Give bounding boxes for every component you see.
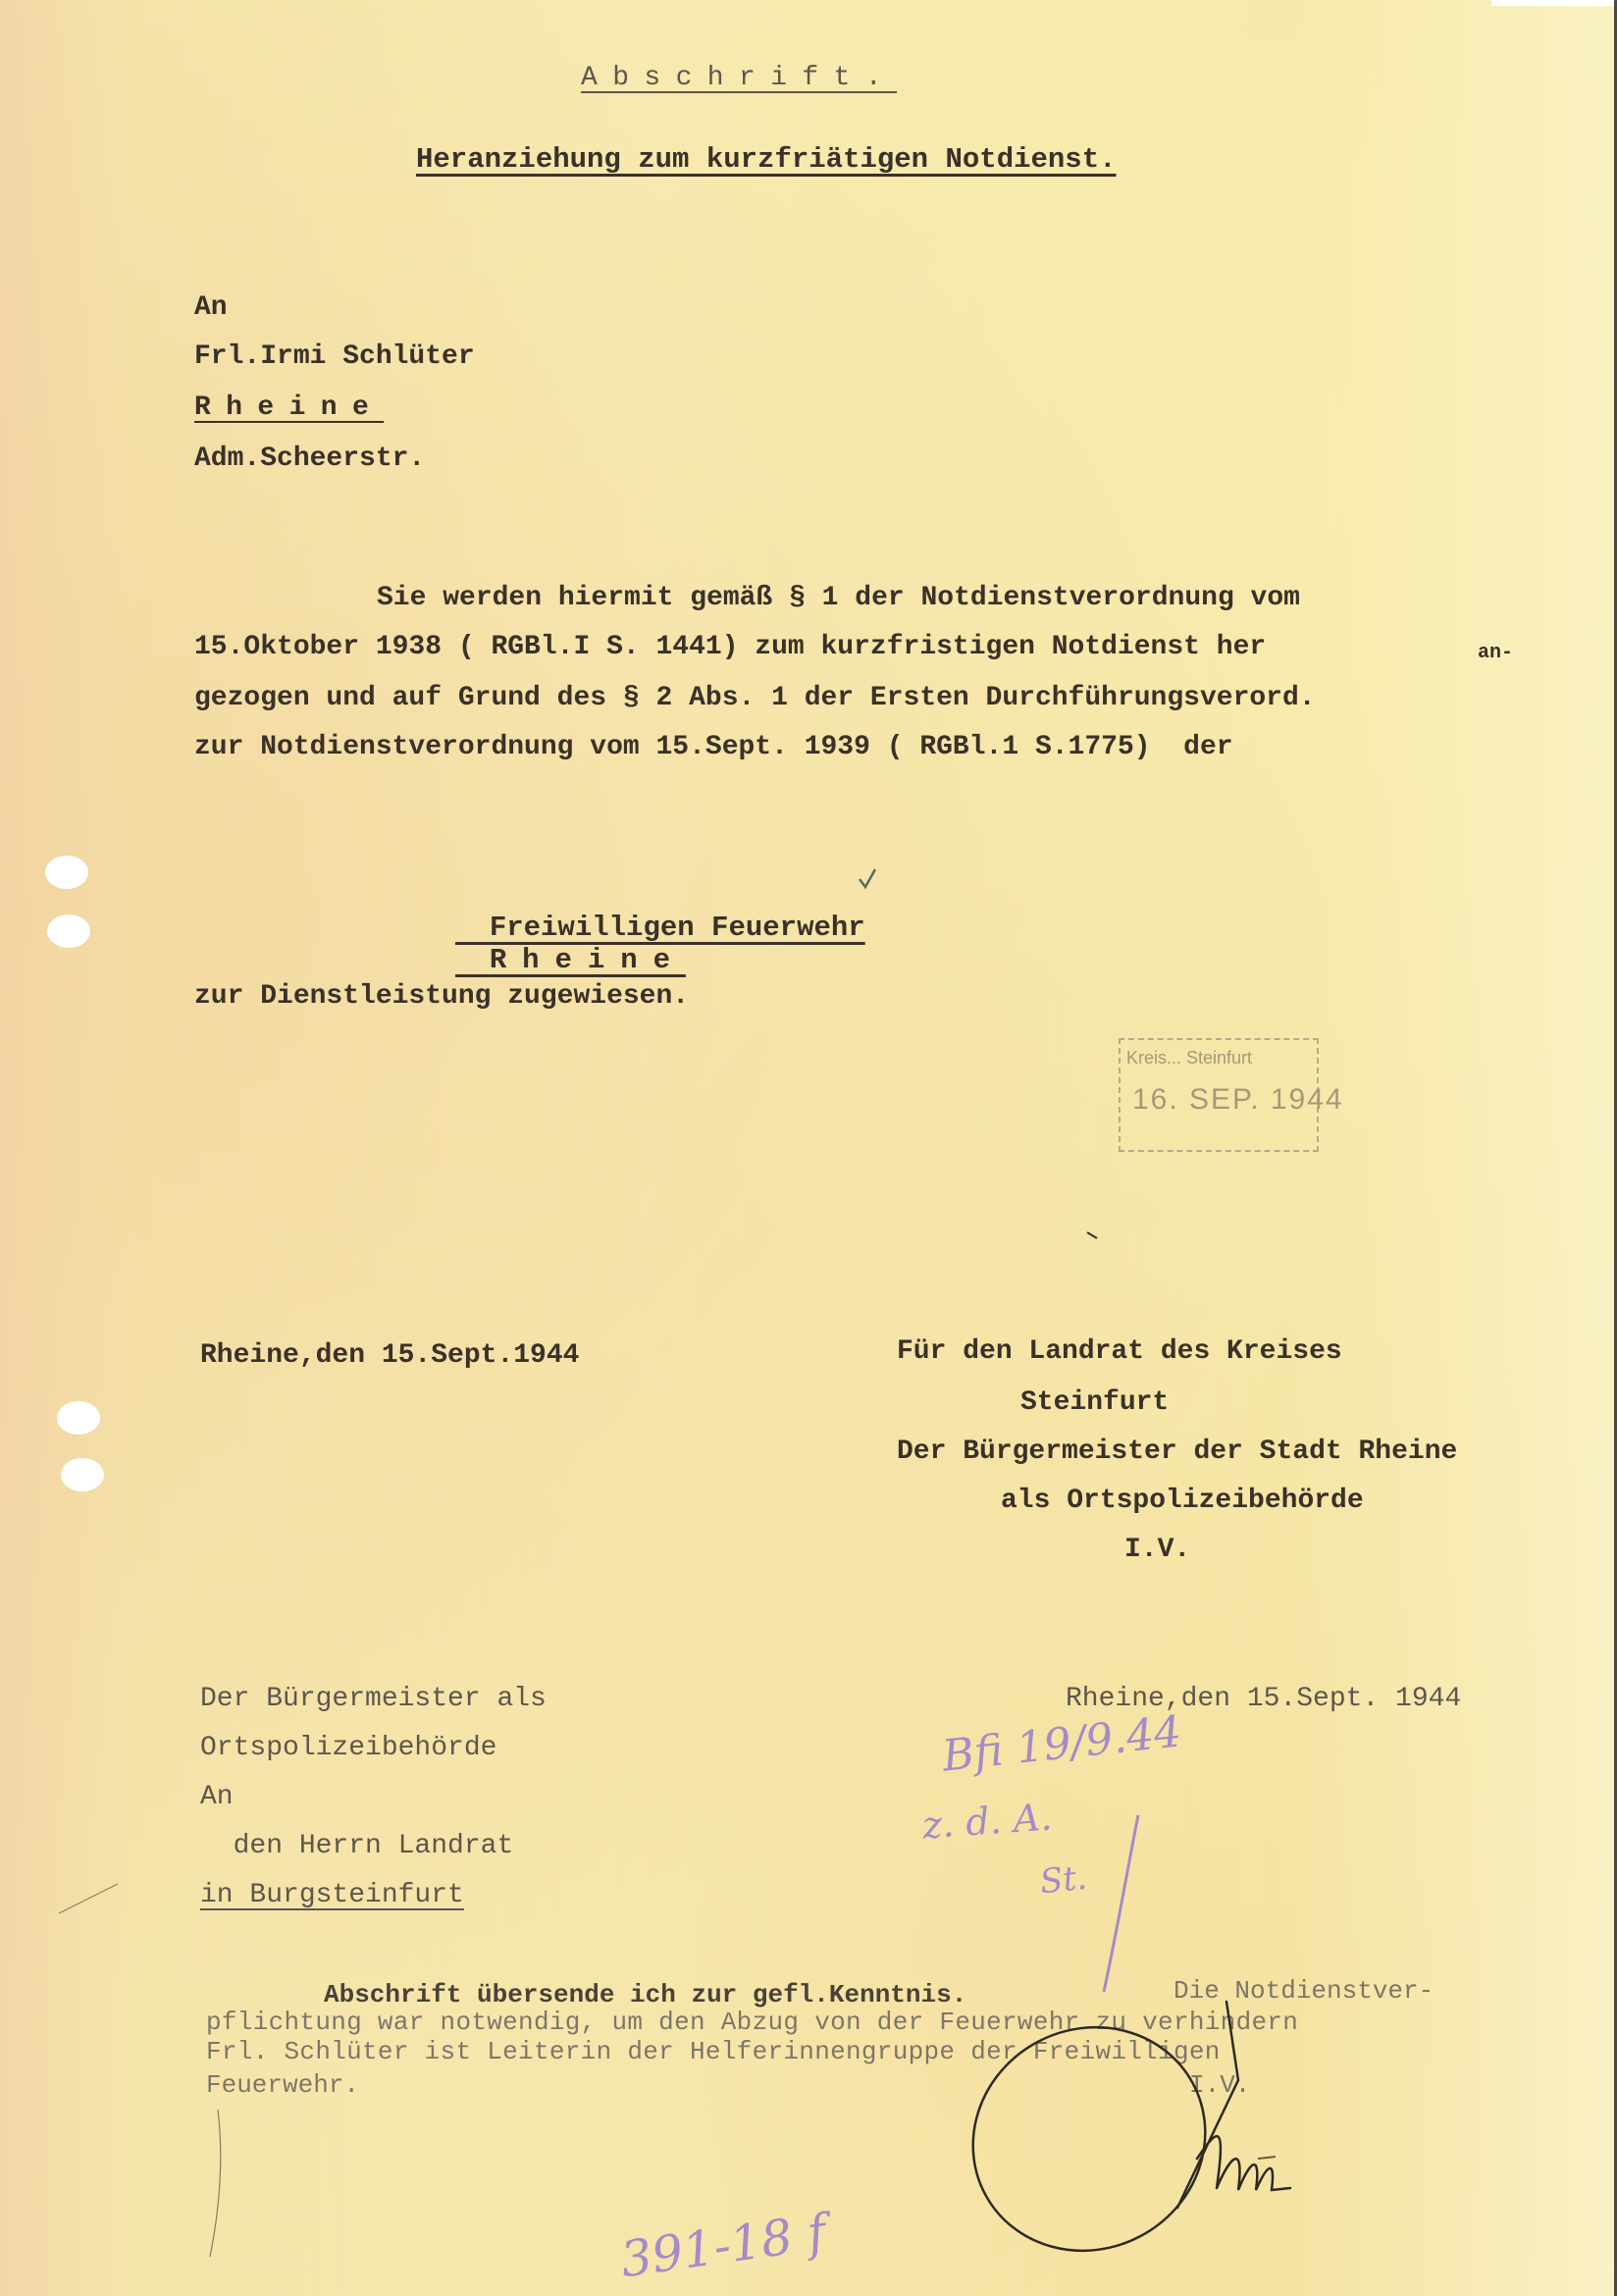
signature-icon	[0, 0, 1617, 2296]
